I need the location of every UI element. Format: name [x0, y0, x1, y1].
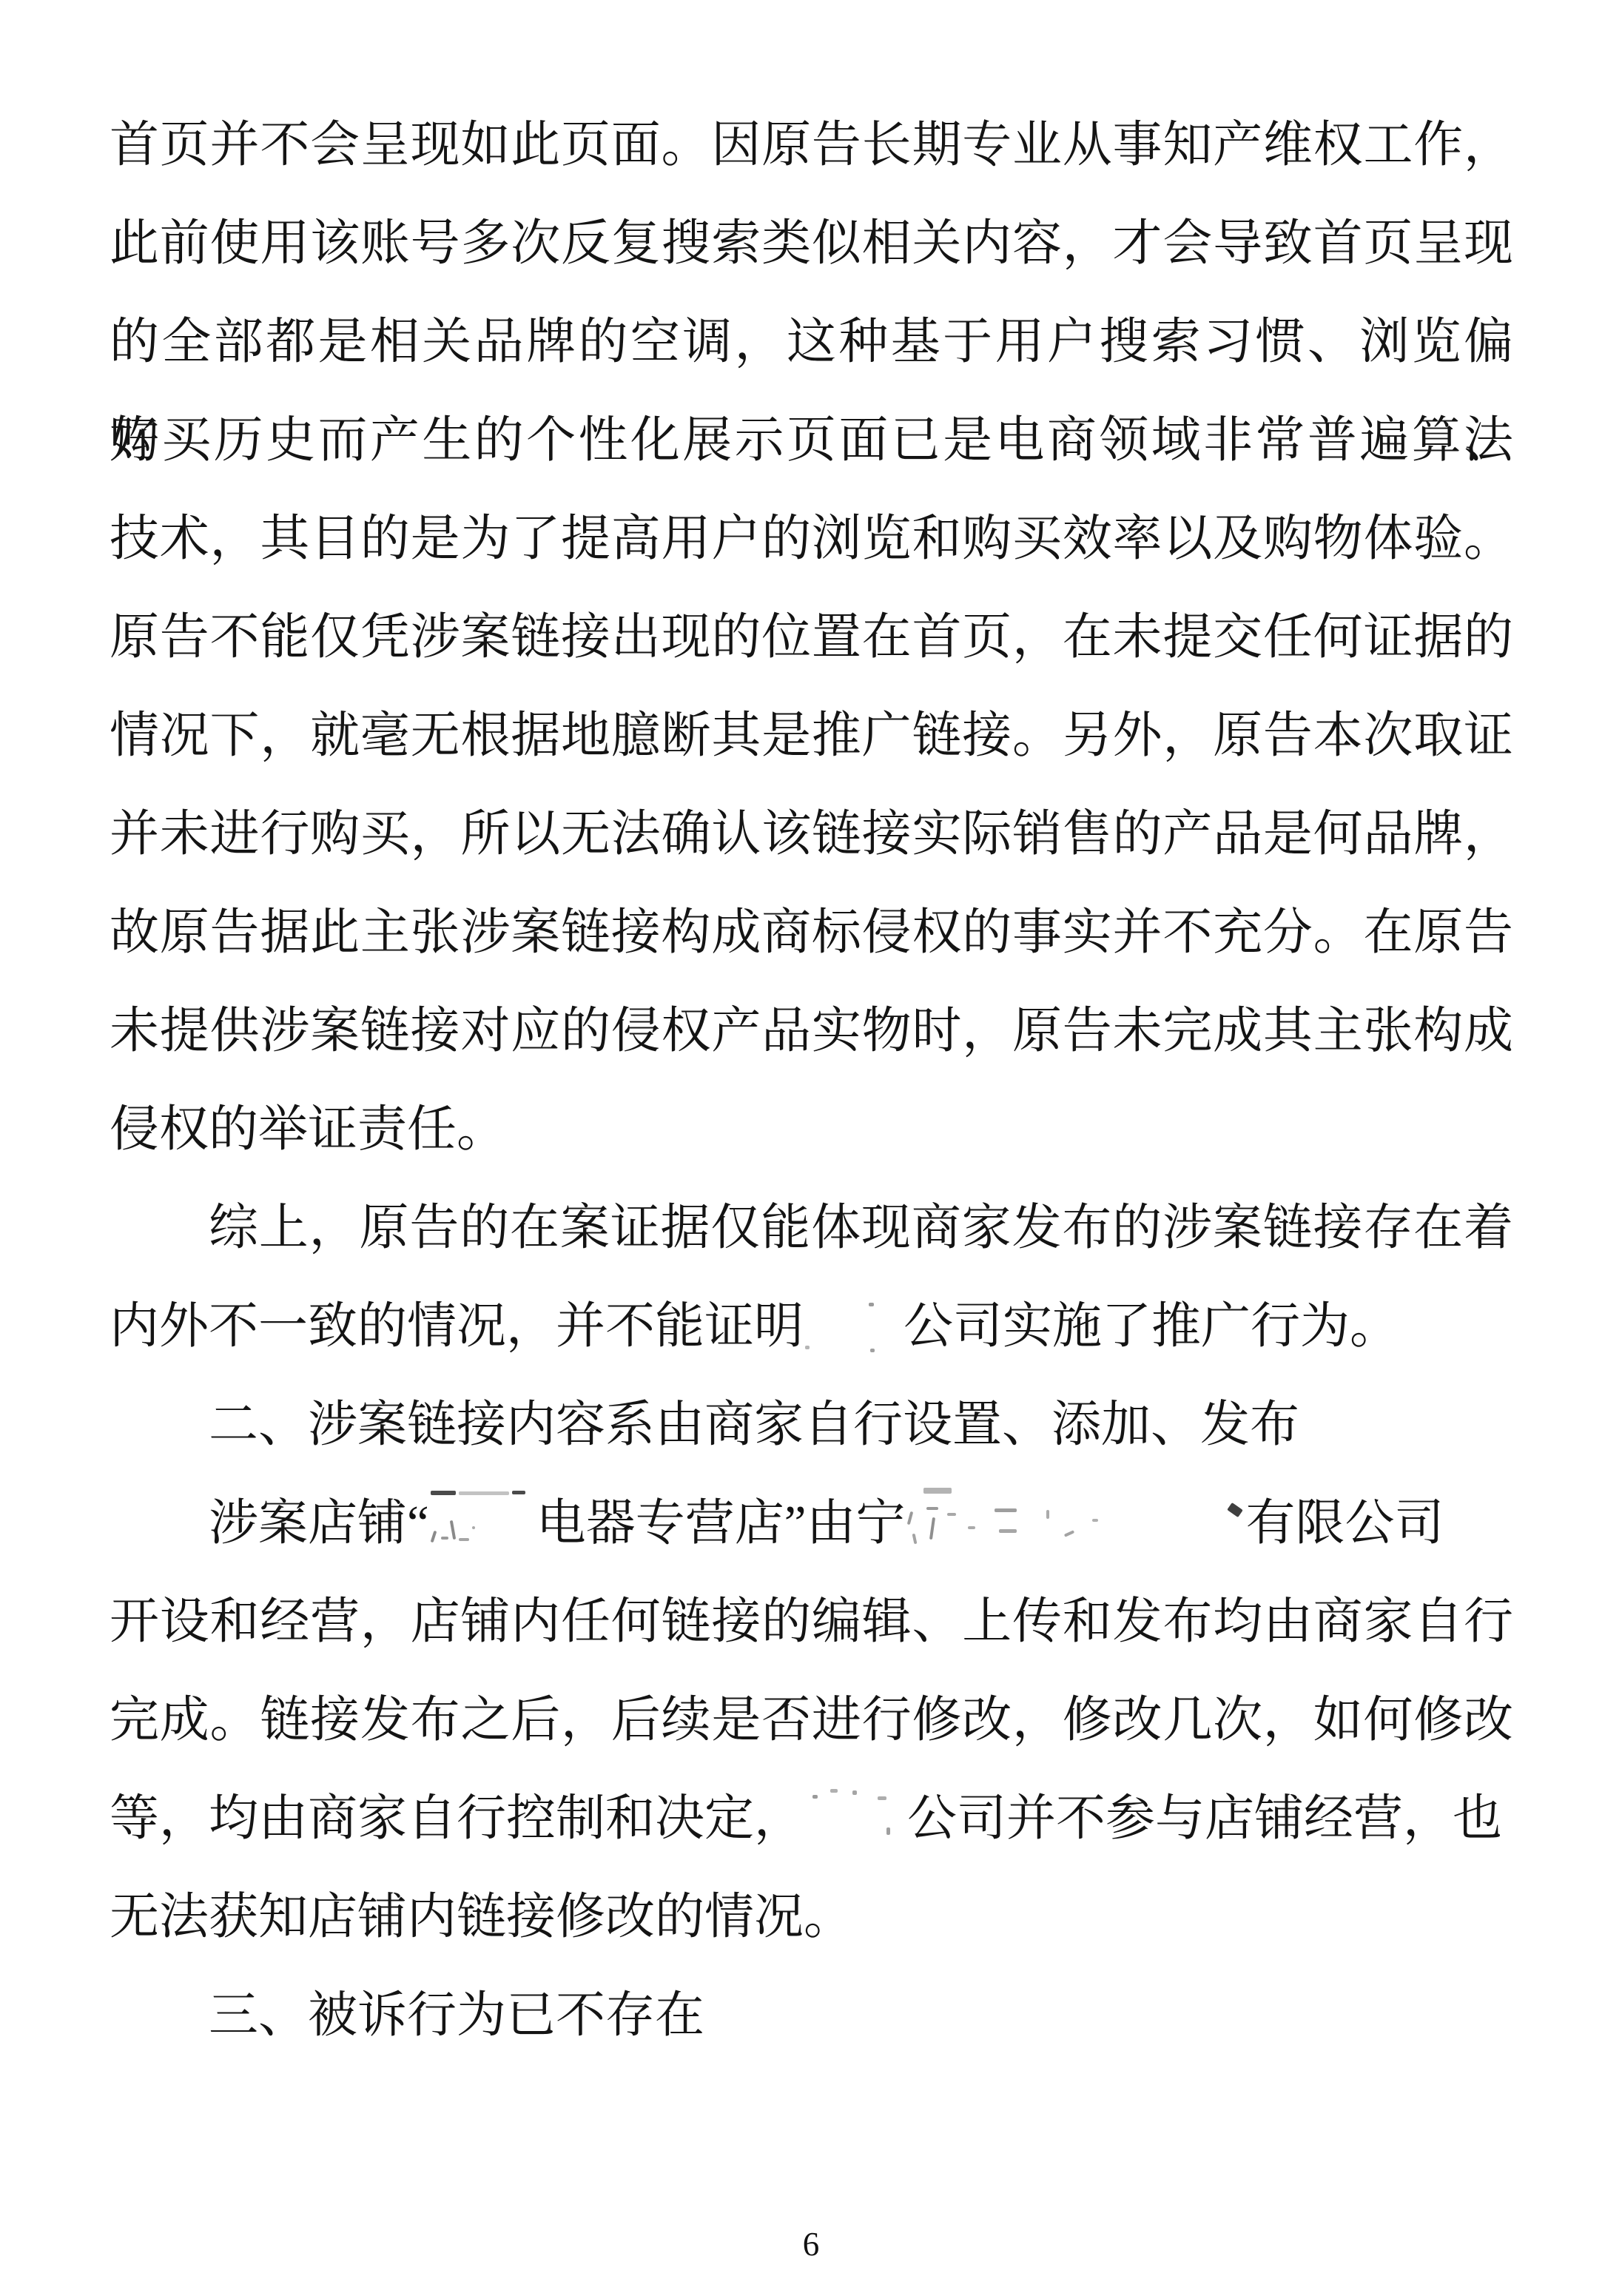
text-segment: 由宁 — [807, 1496, 906, 1551]
text-line-18: 等，均由商家自行控制和决定，公司并不参与店铺经营，也 — [110, 1770, 1513, 1868]
text-segment: 并未进行购买，所以无法确认该链接实际销售的产品是何品牌， — [110, 807, 1513, 862]
redaction-remnant-mark — [1227, 1503, 1243, 1517]
text-segment: 内外不一致的情况，并不能证明 — [110, 1299, 804, 1354]
text-segment: 故原告据此主张涉案链接构成商标侵权的事实并不充分。在原告 — [110, 905, 1513, 960]
text-block: 首页并不会呈现如此页面。因原告长期专业从事知产维权工作，此前使用该账号多次反复搜… — [110, 96, 1513, 2065]
text-segment: 涉案店铺“ — [209, 1496, 429, 1551]
text-line-9: 故原告据此主张涉案链接构成商标侵权的事实并不充分。在原告 — [110, 884, 1513, 982]
text-line-20: 三、被诉行为已不存在 — [110, 1967, 1513, 2065]
redaction-remnant-mark — [869, 1303, 874, 1306]
redaction-remnant-mark — [441, 1537, 448, 1540]
document-page: 首页并不会呈现如此页面。因原告长期专业从事知产维权工作，此前使用该账号多次反复搜… — [0, 0, 1622, 2296]
redaction-remnant-mark — [912, 1534, 917, 1545]
redaction-gap — [429, 1474, 536, 1573]
text-segment: 等，均由商家自行控制和决定， — [110, 1791, 804, 1846]
redaction-remnant-mark — [1046, 1510, 1049, 1519]
text-line-3: 的全部都是相关品牌的空调，这种基于用户搜索习惯、浏览偏好、 — [110, 293, 1513, 392]
redaction-remnant-mark — [1092, 1519, 1098, 1522]
text-segment: 有限公司 — [1246, 1496, 1444, 1551]
redaction-remnant-mark — [870, 1349, 875, 1352]
text-segment: 首页并不会呈现如此页面。因原告长期专业从事知产维权工作， — [110, 118, 1513, 172]
redaction-remnant-mark — [830, 1789, 838, 1793]
redaction-remnant-mark — [929, 1517, 935, 1540]
text-segment: 无法获知店铺内链接修改的情况。 — [110, 1890, 853, 1944]
text-line-13: 内外不一致的情况，并不能证明公司实施了推广行为。 — [110, 1278, 1513, 1376]
text-segment: 购买历史而产生的个性化展示页面已是电商领域非常普遍算法 — [110, 413, 1513, 468]
text-line-12: 综上，原告的在案证据仅能体现商家发布的涉案链接存在着 — [110, 1179, 1513, 1278]
redaction-remnant-mark — [947, 1513, 956, 1516]
redaction-remnant-mark — [906, 1511, 913, 1525]
redaction-remnant-mark — [852, 1790, 857, 1795]
redaction-remnant-mark — [968, 1526, 975, 1529]
redaction-gap — [804, 1770, 907, 1868]
redaction-remnant-mark — [512, 1491, 525, 1494]
redaction-remnant-mark — [430, 1531, 437, 1543]
text-segment: 情况下，就毫无根据地臆断其是推广链接。另外，原告本次取证 — [110, 708, 1513, 763]
redaction-remnant-mark — [459, 1491, 509, 1495]
text-line-16: 开设和经营，店铺内任何链接的编辑、上传和发布均由商家自行 — [110, 1573, 1513, 1671]
text-line-19: 无法获知店铺内链接修改的情况。 — [110, 1868, 1513, 1967]
text-line-1: 首页并不会呈现如此页面。因原告长期专业从事知产维权工作， — [110, 96, 1513, 195]
redaction-remnant-mark — [1063, 1530, 1074, 1537]
text-segment: 技术，其目的是为了提高用户的浏览和购买效率以及购物体验。 — [110, 511, 1513, 566]
text-line-10: 未提供涉案链接对应的侵权产品实物时，原告未完成其主张构成 — [110, 982, 1513, 1081]
text-segment: 三、被诉行为已不存在 — [209, 1988, 704, 2043]
redaction-remnant-mark — [878, 1796, 886, 1800]
redaction-remnant-mark — [886, 1827, 890, 1835]
text-segment: 此前使用该账号多次反复搜索类似相关内容，才会导致首页呈现 — [110, 216, 1513, 271]
redaction-remnant-mark — [812, 1795, 818, 1799]
redaction-remnant-mark — [459, 1538, 469, 1541]
redaction-remnant-mark — [450, 1520, 456, 1540]
text-line-14: 二、涉案链接内容系由商家自行设置、添加、发布 — [110, 1376, 1513, 1474]
text-line-5: 技术，其目的是为了提高用户的浏览和购买效率以及购物体验。 — [110, 490, 1513, 588]
redaction-remnant-mark — [995, 1508, 1017, 1512]
page-number: 6 — [0, 2222, 1622, 2266]
text-line-7: 情况下，就毫无根据地臆断其是推广链接。另外，原告本次取证 — [110, 687, 1513, 785]
redaction-remnant-mark — [472, 1526, 475, 1529]
text-line-6: 原告不能仅凭涉案链接出现的位置在首页，在未提交任何证据的 — [110, 588, 1513, 687]
text-segment: 原告不能仅凭涉案链接出现的位置在首页，在未提交任何证据的 — [110, 610, 1513, 665]
text-line-2: 此前使用该账号多次反复搜索类似相关内容，才会导致首页呈现 — [110, 195, 1513, 293]
text-line-4: 购买历史而产生的个性化展示页面已是电商领域非常普遍算法 — [110, 392, 1513, 490]
text-line-11: 侵权的举证责任。 — [110, 1081, 1513, 1179]
text-line-17: 完成。链接发布之后，后续是否进行修改，修改几次，如何修改 — [110, 1671, 1513, 1770]
redaction-remnant-mark — [999, 1529, 1017, 1533]
redaction-remnant-mark — [923, 1488, 952, 1494]
text-line-15: 涉案店铺“电器专营店”由宁有限公司 — [110, 1474, 1513, 1573]
text-segment: 开设和经营，店铺内任何链接的编辑、上传和发布均由商家自行 — [110, 1594, 1513, 1649]
redaction-gap — [804, 1278, 903, 1376]
text-segment: 侵权的举证责任。 — [110, 1102, 506, 1157]
text-segment: 完成。链接发布之后，后续是否进行修改，修改几次，如何修改 — [110, 1693, 1513, 1748]
text-segment: 二、涉案链接内容系由商家自行设置、添加、发布 — [209, 1397, 1299, 1452]
redaction-remnant-mark — [805, 1346, 810, 1349]
redaction-gap — [906, 1474, 1246, 1573]
text-line-8: 并未进行购买，所以无法确认该链接实际销售的产品是何品牌， — [110, 785, 1513, 884]
redaction-remnant-mark — [431, 1491, 456, 1495]
text-segment: 综上，原告的在案证据仅能体现商家发布的涉案链接存在着 — [209, 1201, 1513, 1255]
text-segment: 未提供涉案链接对应的侵权产品实物时，原告未完成其主张构成 — [110, 1004, 1513, 1058]
redaction-remnant-mark — [926, 1507, 938, 1510]
text-segment: 公司并不参与店铺经营，也 — [907, 1791, 1502, 1846]
text-segment: 公司实施了推广行为。 — [903, 1299, 1399, 1354]
text-segment: 电器专营店” — [536, 1496, 807, 1551]
